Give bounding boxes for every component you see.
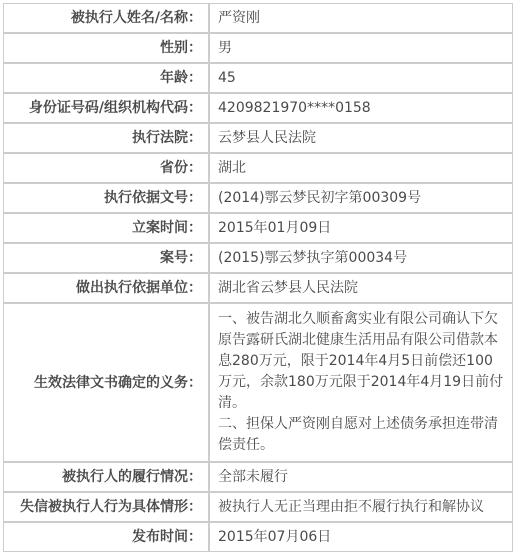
gender-label: 性别： xyxy=(3,33,209,63)
performance-status-value: 全部未履行 xyxy=(209,462,513,492)
basis-doc-number-label: 执行依据文号： xyxy=(3,183,209,213)
publish-date-label: 发布时间： xyxy=(3,522,209,552)
row-publish-date: 发布时间： 2015年07月06日 xyxy=(3,522,513,552)
row-legal-obligation: 生效法律文书确定的义务： 一、被告湖北久顺畜禽实业有限公司确认下欠原告露研氏湖北… xyxy=(3,303,513,462)
age-value: 45 xyxy=(209,63,513,93)
debtor-name-label: 被执行人姓名/名称： xyxy=(3,3,209,33)
dishonest-behavior-label: 失信被执行人行为具体情形： xyxy=(3,492,209,522)
publish-date-value: 2015年07月06日 xyxy=(209,522,513,552)
debtor-record-page: 被执行人姓名/名称： 严资刚 性别： 男 年龄： 45 身份证号码/组织机构代码… xyxy=(0,0,518,540)
executing-court-label: 执行法院： xyxy=(3,123,209,153)
row-province: 省份： 湖北 xyxy=(3,153,513,183)
row-gender: 性别： 男 xyxy=(3,33,513,63)
row-age: 年龄： 45 xyxy=(3,63,513,93)
case-number-label: 案号： xyxy=(3,243,209,273)
row-basis-doc-number: 执行依据文号： (2014)鄂云梦民初字第00309号 xyxy=(3,183,513,213)
gender-value: 男 xyxy=(209,33,513,63)
row-filing-date: 立案时间： 2015年01月09日 xyxy=(3,213,513,243)
executing-court-value: 云梦县人民法院 xyxy=(209,123,513,153)
case-number-value: (2015)鄂云梦执字第00034号 xyxy=(209,243,513,273)
dishonest-behavior-value: 被执行人无正当理由拒不履行执行和解协议 xyxy=(209,492,513,522)
province-label: 省份： xyxy=(3,153,209,183)
debtor-name-value: 严资刚 xyxy=(209,3,513,33)
legal-obligation-label: 生效法律文书确定的义务： xyxy=(3,303,209,462)
row-id-code: 身份证号码/组织机构代码： 4209821970****0158 xyxy=(3,93,513,123)
row-case-number: 案号： (2015)鄂云梦执字第00034号 xyxy=(3,243,513,273)
row-debtor-name: 被执行人姓名/名称： 严资刚 xyxy=(3,3,513,33)
filing-date-label: 立案时间： xyxy=(3,213,209,243)
province-value: 湖北 xyxy=(209,153,513,183)
row-basis-issuing-unit: 做出执行依据单位： 湖北省云梦县人民法院 xyxy=(3,273,513,303)
performance-status-label: 被执行人的履行情况： xyxy=(3,462,209,492)
debtor-info-table: 被执行人姓名/名称： 严资刚 性别： 男 年龄： 45 身份证号码/组织机构代码… xyxy=(3,3,513,552)
basis-doc-number-value: (2014)鄂云梦民初字第00309号 xyxy=(209,183,513,213)
legal-obligation-value: 一、被告湖北久顺畜禽实业有限公司确认下欠原告露研氏湖北健康生活用品有限公司借款本… xyxy=(209,303,513,462)
row-performance-status: 被执行人的履行情况： 全部未履行 xyxy=(3,462,513,492)
basis-issuing-unit-value: 湖北省云梦县人民法院 xyxy=(209,273,513,303)
id-code-value: 4209821970****0158 xyxy=(209,93,513,123)
age-label: 年龄： xyxy=(3,63,209,93)
filing-date-value: 2015年01月09日 xyxy=(209,213,513,243)
id-code-label: 身份证号码/组织机构代码： xyxy=(3,93,209,123)
basis-issuing-unit-label: 做出执行依据单位： xyxy=(3,273,209,303)
row-executing-court: 执行法院： 云梦县人民法院 xyxy=(3,123,513,153)
row-dishonest-behavior: 失信被执行人行为具体情形： 被执行人无正当理由拒不履行执行和解协议 xyxy=(3,492,513,522)
